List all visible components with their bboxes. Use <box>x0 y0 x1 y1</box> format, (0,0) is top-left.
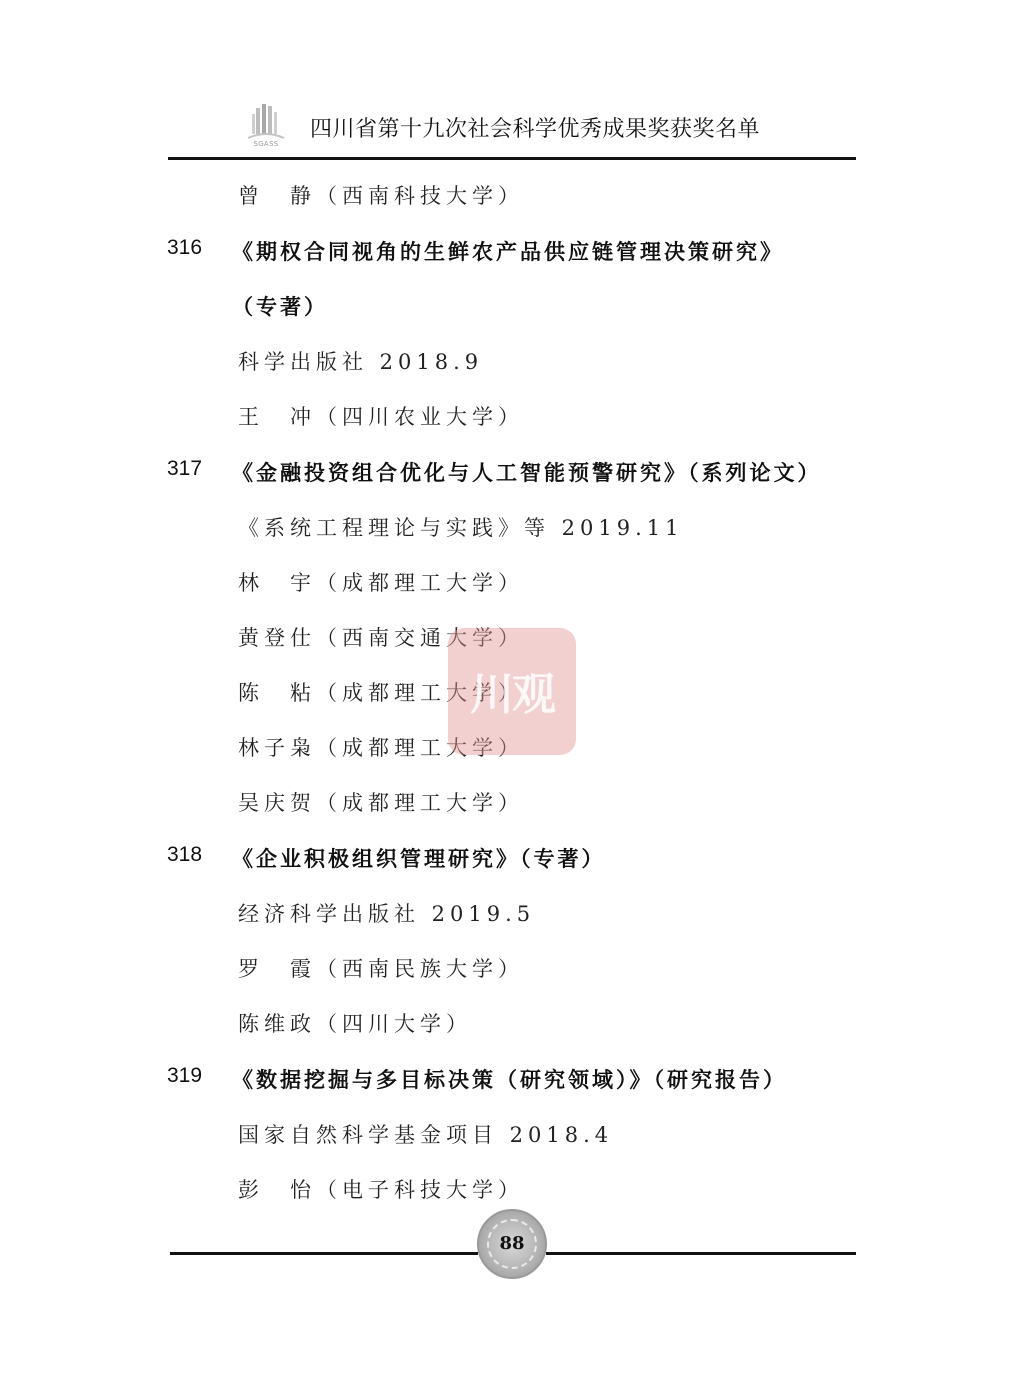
page-number-medallion: 88 <box>477 1209 547 1279</box>
entry-title: 《数据挖掘与多目标决策（研究领域）》（研究报告） <box>232 1064 787 1094</box>
publisher-line: 《系统工程理论与实践》等 2019.11 <box>238 512 684 542</box>
entry-title: 《金融投资组合优化与人工智能预警研究》（系列论文） <box>232 457 822 487</box>
author-line: 陈维政（四川大学） <box>238 1008 472 1038</box>
header-divider <box>168 157 856 160</box>
page-title: 四川省第十九次社会科学优秀成果奖获奖名单 <box>310 112 760 143</box>
logo-text: SGASS <box>244 140 288 148</box>
entry-type: （专著） <box>232 291 328 321</box>
watermark-text: 川观 <box>448 658 576 722</box>
footer-divider-right <box>546 1252 856 1255</box>
publisher-line: 科学出版社 2018.9 <box>238 346 483 376</box>
entry-number: 319 <box>167 1064 202 1088</box>
publisher-line: 经济科学出版社 2019.5 <box>238 898 535 928</box>
watermark-badge: 川观 <box>448 628 576 755</box>
author-line: 林 宇（成都理工大学） <box>238 567 524 597</box>
entry-number: 318 <box>167 843 202 867</box>
author-line: 彭 怡（电子科技大学） <box>238 1174 524 1204</box>
page-number: 88 <box>479 1233 545 1254</box>
author-line: 罗 霞（西南民族大学） <box>238 953 524 983</box>
author-line: 曾 静（西南科技大学） <box>238 180 524 210</box>
entry-number: 316 <box>167 236 202 260</box>
author-line: 王 冲（四川农业大学） <box>238 401 524 431</box>
entry-title: 《期权合同视角的生鲜农产品供应链管理决策研究》 <box>232 236 784 266</box>
sgass-logo: SGASS <box>244 102 288 152</box>
entry-title: 《企业积极组织管理研究》（专著） <box>232 843 606 873</box>
publisher-line: 国家自然科学基金项目 2018.4 <box>238 1119 613 1149</box>
page-header: SGASS 四川省第十九次社会科学优秀成果奖获奖名单 <box>168 100 856 162</box>
author-line: 吴庆贺（成都理工大学） <box>238 787 524 817</box>
footer-divider-left <box>170 1252 478 1255</box>
building-icon <box>244 102 288 142</box>
entry-number: 317 <box>167 457 202 481</box>
